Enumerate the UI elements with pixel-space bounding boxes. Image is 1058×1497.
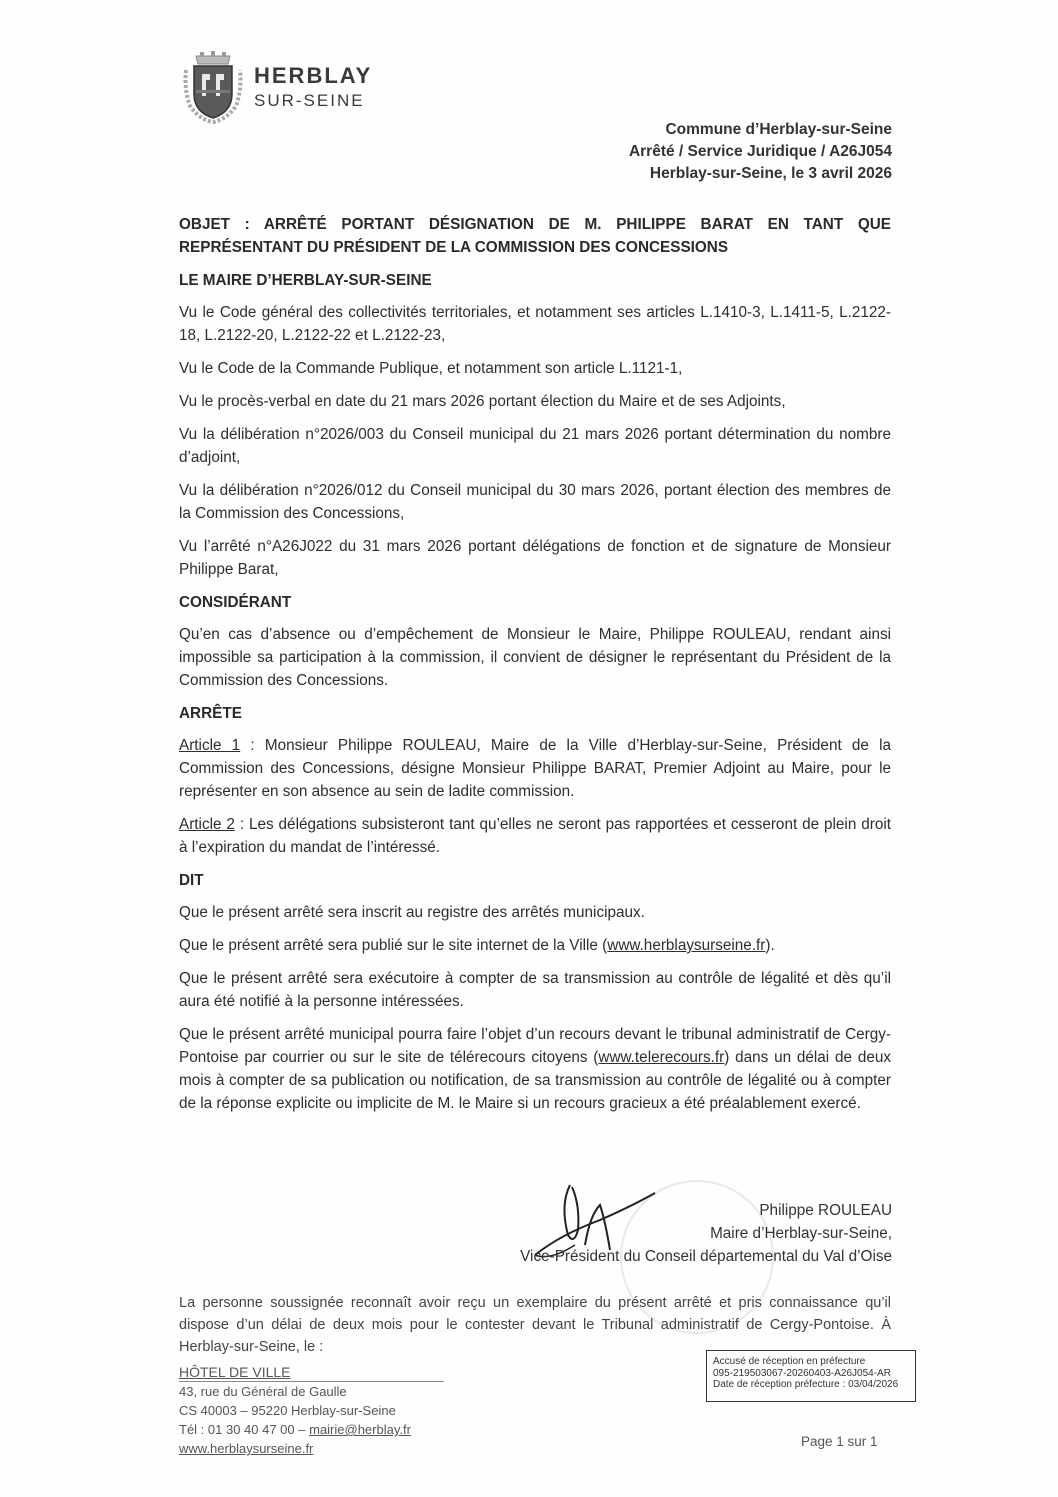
receipt-date: Date de réception préfecture : 03/04/202… — [713, 1379, 915, 1391]
article-2-label: Article 2 — [179, 816, 235, 833]
logo-subtitle: SUR-SEINE — [254, 92, 372, 109]
place-date: Herblay-sur-Seine, le 3 avril 2026 — [629, 163, 892, 185]
receipt-title: Accusé de réception en préfecture — [713, 1356, 915, 1368]
document-body: OBJET : ARRÊTÉ PORTANT DÉSIGNATION DE M.… — [179, 213, 891, 1125]
dit-publication-end: ). — [765, 937, 774, 954]
signatory-title: Maire d’Herblay-sur-Seine, — [520, 1222, 892, 1245]
website-link[interactable]: www.herblaysurseine.fr — [607, 937, 765, 954]
footer-address-line-2: CS 40003 – 95220 Herblay-sur-Seine — [179, 1401, 411, 1420]
article-2: Article 2 : Les délégations subsisteront… — [179, 813, 891, 859]
dit-publication-text: Que le présent arrêté sera publié sur le… — [179, 937, 607, 954]
article-1: Article 1 : Monsieur Philippe ROULEAU, M… — [179, 734, 891, 803]
article-2-text: : Les délégations subsisteront tant qu’e… — [179, 816, 891, 856]
decree-heading: ARRÊTE — [179, 702, 891, 725]
dit-registry: Que le présent arrêté sera inscrit au re… — [179, 901, 891, 924]
considering-heading: CONSIDÉRANT — [179, 591, 891, 614]
footer-divider — [179, 1381, 444, 1382]
signatory-name: Philippe ROULEAU — [520, 1199, 892, 1222]
dit-enforceable: Que le présent arrêté sera exécutoire à … — [179, 967, 891, 1013]
footer-website-link[interactable]: www.herblaysurseine.fr — [179, 1439, 411, 1458]
receipt-id: 095-219503067-20260403-A26J054-AR — [713, 1368, 915, 1380]
document-header: Commune d’Herblay-sur-Seine Arrêté / Ser… — [629, 119, 892, 185]
visa-item: Vu la délibération n°2026/012 du Conseil… — [179, 479, 891, 525]
signature-block: Philippe ROULEAU Maire d’Herblay-sur-Sei… — [520, 1199, 892, 1268]
dit-heading: DIT — [179, 869, 891, 892]
herblay-logo: HERBLAY SUR-SEINE — [182, 50, 372, 124]
visa-item: Vu le Code de la Commande Publique, et n… — [179, 357, 891, 380]
commune-name: Commune d’Herblay-sur-Seine — [629, 119, 892, 141]
article-1-label: Article 1 — [179, 737, 240, 754]
page-number: Page 1 sur 1 — [801, 1434, 878, 1449]
mayor-heading: LE MAIRE D’HERBLAY-SUR-SEINE — [179, 269, 891, 292]
dit-publication: Que le présent arrêté sera publié sur le… — [179, 934, 891, 957]
document-page: HERBLAY SUR-SEINE Commune d’Herblay-sur-… — [0, 0, 1058, 1497]
coat-of-arms-icon — [182, 50, 244, 124]
document-subject: OBJET : ARRÊTÉ PORTANT DÉSIGNATION DE M.… — [179, 213, 891, 259]
document-reference: Arrêté / Service Juridique / A26J054 — [629, 141, 892, 163]
considering-text: Qu’en cas d’absence ou d’empêchement de … — [179, 623, 891, 692]
visa-item: Vu le procès-verbal en date du 21 mars 2… — [179, 390, 891, 413]
visa-item: Vu l’arrêté n°A26J022 du 31 mars 2026 po… — [179, 535, 891, 581]
dit-appeal: Que le présent arrêté municipal pourra f… — [179, 1023, 891, 1115]
acknowledgement-text: La personne soussignée reconnaît avoir r… — [179, 1292, 891, 1358]
email-link[interactable]: mairie@herblay.fr — [309, 1422, 411, 1437]
footer-address: HÔTEL DE VILLE 43, rue du Général de Gau… — [179, 1363, 411, 1458]
prefecture-receipt: Accusé de réception en préfecture 095-21… — [706, 1350, 916, 1402]
signatory-title-2: Vice-Président du Conseil départemental … — [520, 1245, 892, 1268]
footer-contact: Tél : 01 30 40 47 00 – mairie@herblay.fr — [179, 1420, 411, 1439]
footer-phone: Tél : 01 30 40 47 00 – — [179, 1422, 309, 1437]
footer-address-line-1: 43, rue du Général de Gaulle — [179, 1382, 411, 1401]
logo-title: HERBLAY — [254, 65, 372, 87]
visa-item: Vu la délibération n°2026/003 du Conseil… — [179, 423, 891, 469]
visa-item: Vu le Code général des collectivités ter… — [179, 301, 891, 347]
article-1-text: : Monsieur Philippe ROULEAU, Maire de la… — [179, 737, 891, 800]
footer-title: HÔTEL DE VILLE — [179, 1363, 411, 1382]
telerecours-link[interactable]: www.telerecours.fr — [598, 1049, 724, 1066]
